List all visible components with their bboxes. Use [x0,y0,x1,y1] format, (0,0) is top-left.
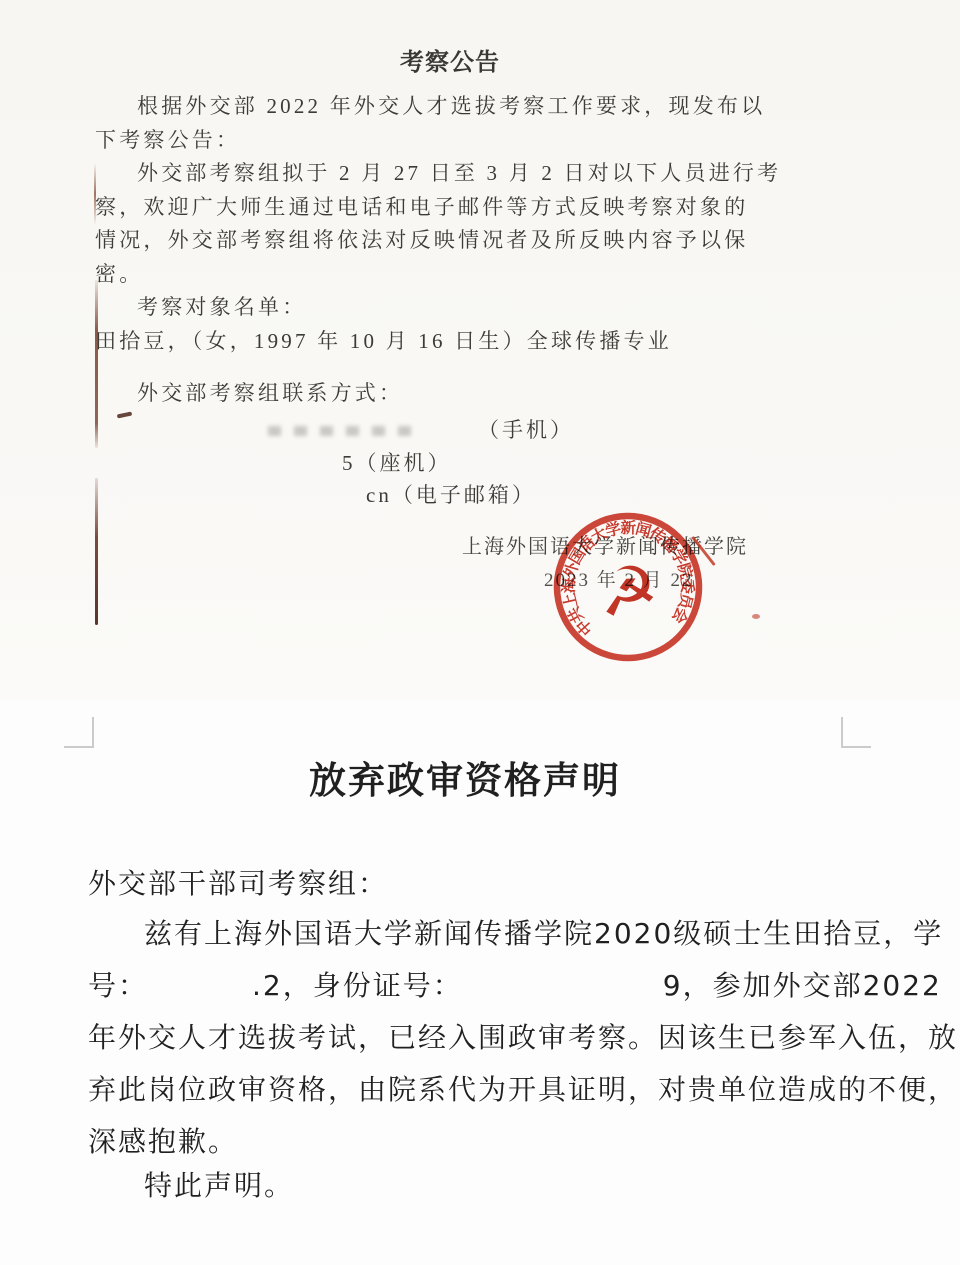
hammer-sickle-icon: ☭ [595,550,662,633]
body-line: 情况，外交部考察组将依法对反映情况者及所反映内容予以保 [95,224,785,258]
email-tail: cn [366,483,392,507]
scan-edge-artifact [95,478,98,625]
page-margin-corner-right [841,717,871,748]
page-margin-corner-left [64,717,94,748]
contact-mobile-line: （手机） [478,414,574,444]
official-seal-stamp: 中共上海外国语大学新闻传播学院委员会 ☭ [541,500,715,674]
statement-body-line: 弃此岗位政审资格，由院系代为开具证明，对贵单位造成的不便， [88,1068,888,1108]
contact-email-line: cn（电子邮箱） [366,479,536,509]
body-line: 外交部考察组拟于 2 月 27 日至 3 月 2 日对以下人员进行考 [95,157,785,191]
email-label: （电子邮箱） [392,483,536,507]
landline-number-tail: 5 [342,451,356,475]
statement-body-line: 兹有上海外国语大学新闻传播学院2020级硕士生田拾豆，学 [88,912,944,952]
id-no-label: 身份证号： [313,969,463,1002]
body-line: 察，欢迎广大师生通过电话和电子邮件等方式反映考察对象的 [95,191,785,225]
candidate-list-label: 考察对象名单： [95,291,785,325]
redacted-phone-smear [268,426,418,436]
statement-body-line: 深感抱歉。 [88,1120,888,1160]
red-ink-speck [752,614,760,619]
body-line: 下考察公告： [95,124,785,158]
statement-body-line-redacted: 号：.2，身份证号：9，参加外交部2022 [88,964,888,1004]
line2-continuation: 参加外交部2022 [713,969,942,1002]
statement-title: 放弃政审资格声明 [0,750,930,804]
scanned-document: 考察公告 根据外交部 2022 年外交人才选拔考察工作要求，现发布以 下考察公告… [0,0,960,1265]
contact-landline-line: 5（座机） [342,447,452,477]
statement-salutation: 外交部干部司考察组： [88,862,888,902]
student-no-tail: .2， [252,969,313,1002]
statement-closing: 特此声明。 [88,1164,944,1204]
body-line: 根据外交部 2022 年外交人才选拔考察工作要求，现发布以 [95,90,785,124]
landline-label: （座机） [356,451,452,475]
student-no-label: 号： [88,969,148,1002]
statement-body-line: 年外交人才选拔考试，已经入围政审考察。因该生已参军入伍，放 [88,1016,888,1056]
body-line: 密。 [95,258,785,292]
candidate-line: 田拾豆，（女，1997 年 10 月 16 日生）全球传播专业 [95,325,785,359]
announcement-body: 根据外交部 2022 年外交人才选拔考察工作要求，现发布以 下考察公告： 外交部… [95,90,785,358]
contact-section-label: 外交部考察组联系方式： [137,377,403,407]
announcement-title: 考察公告 [0,42,900,77]
id-no-tail: 9， [663,969,713,1002]
